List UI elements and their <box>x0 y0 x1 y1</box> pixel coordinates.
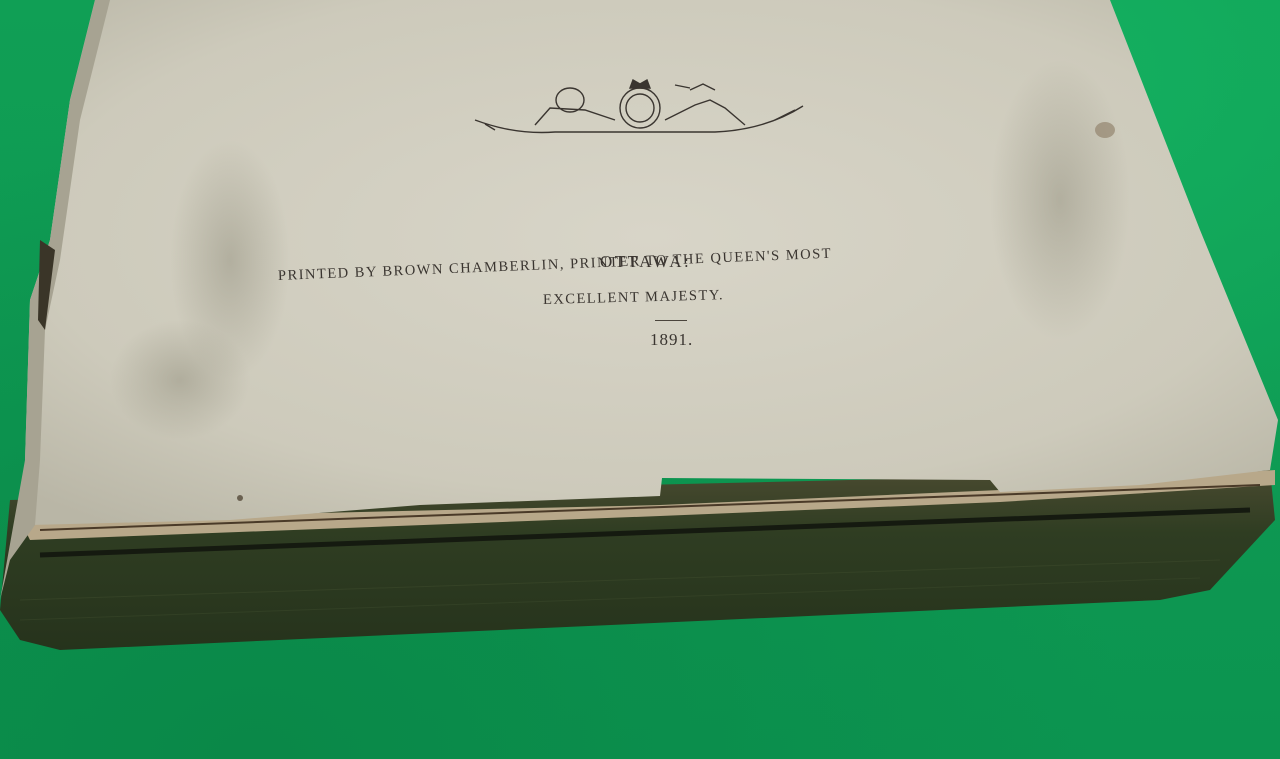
book <box>0 0 1280 759</box>
